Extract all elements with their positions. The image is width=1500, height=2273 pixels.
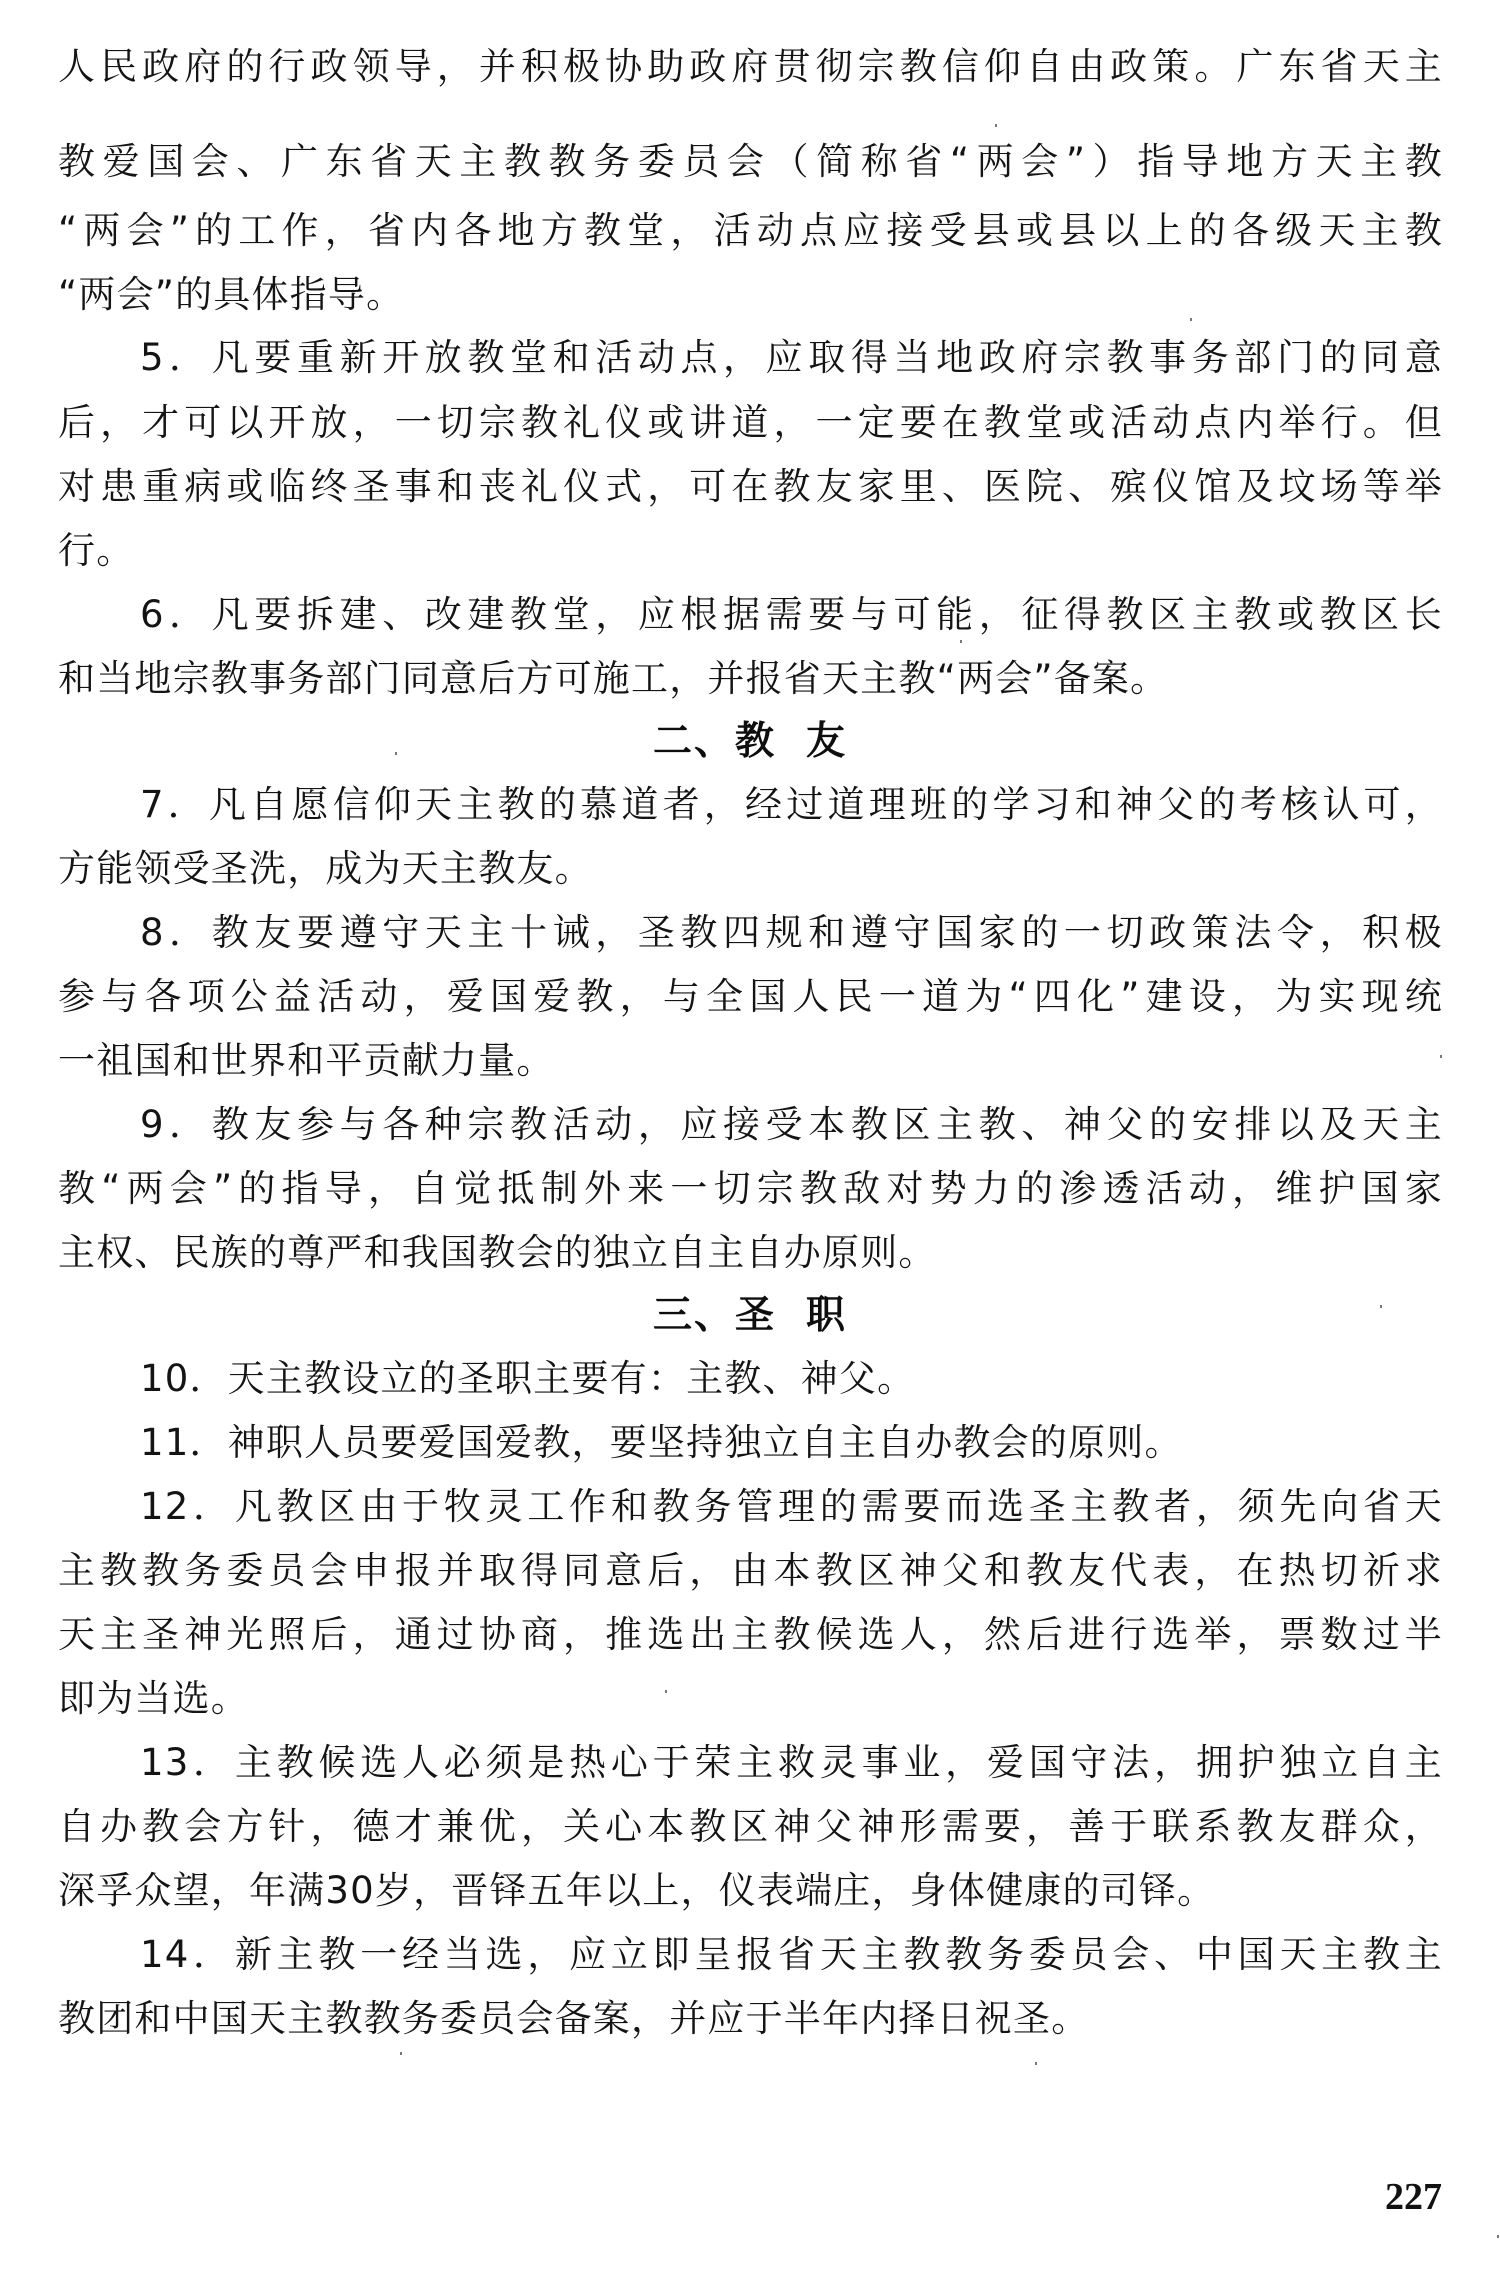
paragraph-item-12: 12．凡教区由于牧灵工作和教务管理的需要而选圣主教者，须先向省天: [140, 1482, 1443, 1532]
heading-word: 友: [806, 719, 847, 764]
paragraph-item-13: 13．主教候选人必须是热心于荣主救灵事业，爱国守法，拥护独立自主: [140, 1738, 1443, 1788]
scan-speck: [1440, 1055, 1442, 1058]
page-number: 227: [1385, 2175, 1442, 2219]
paragraph-item-11: 11．神职人员要爱国爱教，要坚持独立自主自办教会的原则。: [140, 1418, 1443, 1468]
text-line: 教“两会”的指导，自觉抵制外来一切宗教敌对势力的渗透活动，维护国家: [58, 1164, 1443, 1214]
text-line: 一祖国和世界和平贡献力量。: [58, 1036, 1443, 1086]
text-line: 参与各项公益活动，爱国爱教，与全国人民一道为“四化”建设，为实现统: [58, 972, 1443, 1022]
text-line: “两会”的工作，省内各地方教堂，活动点应接受县或县以上的各级天主教: [58, 206, 1443, 256]
heading-word: 职: [806, 1293, 847, 1338]
section-heading-clergy: 三、圣职: [0, 1290, 1500, 1342]
text-line: 和当地宗教事务部门同意后方可施工，并报省天主教“两会”备案。: [58, 654, 1443, 704]
text-line: 主教教务委员会申报并取得同意后，由本教区神父和教友代表，在热切祈求: [58, 1546, 1443, 1596]
text-line: 对患重病或临终圣事和丧礼仪式，可在教友家里、医院、殡仪馆及坟场等举: [58, 462, 1443, 512]
paragraph-item-5: 5．凡要重新开放教堂和活动点，应取得当地政府宗教事务部门的同意: [140, 333, 1443, 383]
text-line: 方能领受圣洗，成为天主教友。: [58, 844, 1443, 894]
text-line: 人民政府的行政领导，并积极协助政府贯彻宗教信仰自由政策。广东省天主: [58, 42, 1443, 92]
paragraph-item-10: 10．天主教设立的圣职主要有：主教、神父。: [140, 1354, 1443, 1404]
heading-word: 圣: [735, 1293, 776, 1338]
text-line: 即为当选。: [58, 1674, 1443, 1724]
paragraph-item-8: 8．教友要遵守天主十诫，圣教四规和遵守国家的一切政策法令，积极: [140, 908, 1443, 958]
book-page: 人民政府的行政领导，并积极协助政府贯彻宗教信仰自由政策。广东省天主 教爱国会、广…: [0, 0, 1500, 2273]
text-line: 教团和中国天主教教务委员会备案，并应于半年内择日祝圣。: [58, 1994, 1443, 2044]
text-line: 自办教会方针，德才兼优，关心本教区神父神形需要，善于联系教友群众，: [58, 1802, 1443, 1852]
scan-speck: [1497, 2235, 1499, 2238]
scan-speck: [995, 124, 997, 127]
scan-speck: [1380, 1305, 1382, 1308]
paragraph-item-7: 7．凡自愿信仰天主教的慕道者，经过道理班的学习和神父的考核认可，: [140, 780, 1443, 830]
scan-speck: [665, 1690, 667, 1693]
text-line: 后，才可以开放，一切宗教礼仪或讲道，一定要在教堂或活动点内举行。但: [58, 398, 1443, 448]
text-line: 行。: [58, 526, 1443, 576]
text-line: “两会”的具体指导。: [58, 270, 1443, 320]
scan-speck: [960, 640, 962, 643]
heading-word: 教: [735, 719, 776, 764]
section-heading-members: 二、教友: [0, 716, 1500, 768]
text-line: 深孚众望，年满30岁，晋铎五年以上，仪表端庄，身体健康的司铎。: [58, 1866, 1443, 1916]
paragraph-item-6: 6．凡要拆建、改建教堂，应根据需要与可能，征得教区主教或教区长: [140, 590, 1443, 640]
heading-number: 三、: [653, 1293, 735, 1338]
heading-number: 二、: [653, 719, 735, 764]
scan-speck: [395, 752, 397, 755]
paragraph-item-14: 14．新主教一经当选，应立即呈报省天主教教务委员会、中国天主教主: [140, 1930, 1443, 1980]
text-line: 主权、民族的尊严和我国教会的独立自主自办原则。: [58, 1228, 1443, 1278]
scan-speck: [1035, 2062, 1037, 2065]
text-line: 教爱国会、广东省天主教教务委员会（简称省“两会”）指导地方天主教: [58, 137, 1443, 187]
scan-speck: [1190, 318, 1192, 321]
paragraph-item-9: 9．教友参与各种宗教活动，应接受本教区主教、神父的安排以及天主: [140, 1100, 1443, 1150]
scan-speck: [400, 2052, 402, 2055]
text-line: 天主圣神光照后，通过协商，推选出主教候选人，然后进行选举，票数过半: [58, 1610, 1443, 1660]
